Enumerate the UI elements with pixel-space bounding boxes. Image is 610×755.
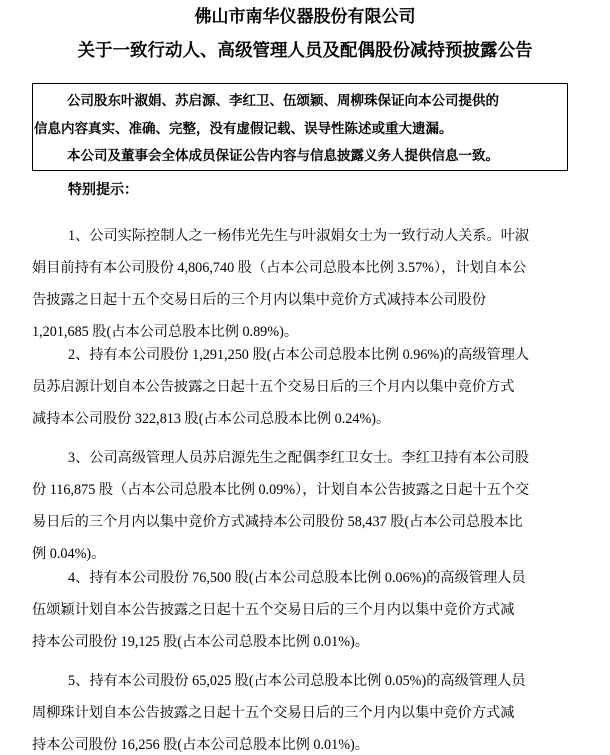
- company-name: 佛山市南华仪器股份有限公司: [0, 6, 610, 28]
- item-line: 3、公司高级管理人员苏启源先生之配偶李红卫女士。李红卫持有本公司股: [68, 448, 529, 468]
- notice-line: 信息内容真实、准确、完整，没有虚假记载、误导性陈述或重大遗漏。: [34, 119, 453, 139]
- item-line: 持本公司股份 16,256 股(占本公司总股本比例 0.01%)。: [32, 735, 369, 755]
- notice-line: 本公司及董事会全体成员保证公告内容与信息披露义务人提供信息一致。: [67, 146, 499, 166]
- item-line: 周柳珠计划自本公告披露之日起十五个交易日后的三个月内以集中竞价方式减: [32, 703, 514, 723]
- announcement-title: 关于一致行动人、高级管理人员及配偶股份减持预披露公告: [0, 40, 610, 62]
- special-hint-label: 特别提示：: [68, 180, 138, 200]
- item-line: 减持本公司股份 322,813 股(占本公司总股本比例 0.24%)。: [32, 409, 390, 429]
- item-line: 份 116,875 股（占本公司总股本比例 0.09%），计划自本公告披露之日起…: [32, 480, 529, 500]
- item-line: 员苏启源计划自本公告披露之日起十五个交易日后的三个月内以集中竞价方式: [32, 377, 514, 397]
- notice-line: 公司股东叶淑娟、苏启源、李红卫、伍颂颖、周柳珠保证向本公司提供的: [67, 91, 499, 111]
- item-line: 告披露之日起十五个交易日后的三个月内以集中竞价方式减持本公司股份: [32, 290, 486, 310]
- notice-box: 公司股东叶淑娟、苏启源、李红卫、伍颂颖、周柳珠保证向本公司提供的 信息内容真实、…: [32, 83, 568, 171]
- item-line: 4、持有本公司股份 76,500 股(占本公司总股本比例 0.06%)的高级管理…: [68, 568, 526, 588]
- item-line: 伍颂颖计划自本公告披露之日起十五个交易日后的三个月内以集中竞价方式减: [32, 600, 514, 620]
- item-line: 例 0.04%)。: [32, 544, 105, 564]
- item-line: 1,201,685 股(占本公司总股本比例 0.89%)。: [32, 322, 298, 342]
- item-line: 2、持有本公司股份 1,291,250 股(占本公司总股本比例 0.96%)的高…: [68, 345, 529, 365]
- item-line: 娟目前持有本公司股份 4,806,740 股（占本公司总股本比例 3.57%），…: [32, 258, 526, 278]
- item-line: 易日后的三个月内以集中竞价方式减持本公司股份 58,437 股(占本公司总股本比: [32, 512, 523, 532]
- item-line: 5、持有本公司股份 65,025 股(占本公司总股本比例 0.05%)的高级管理…: [68, 671, 526, 691]
- item-line: 持本公司股份 19,125 股(占本公司总股本比例 0.01%)。: [32, 632, 369, 652]
- item-line: 1、公司实际控制人之一杨伟光先生与叶淑娟女士为一致行动人关系。叶淑: [68, 226, 529, 246]
